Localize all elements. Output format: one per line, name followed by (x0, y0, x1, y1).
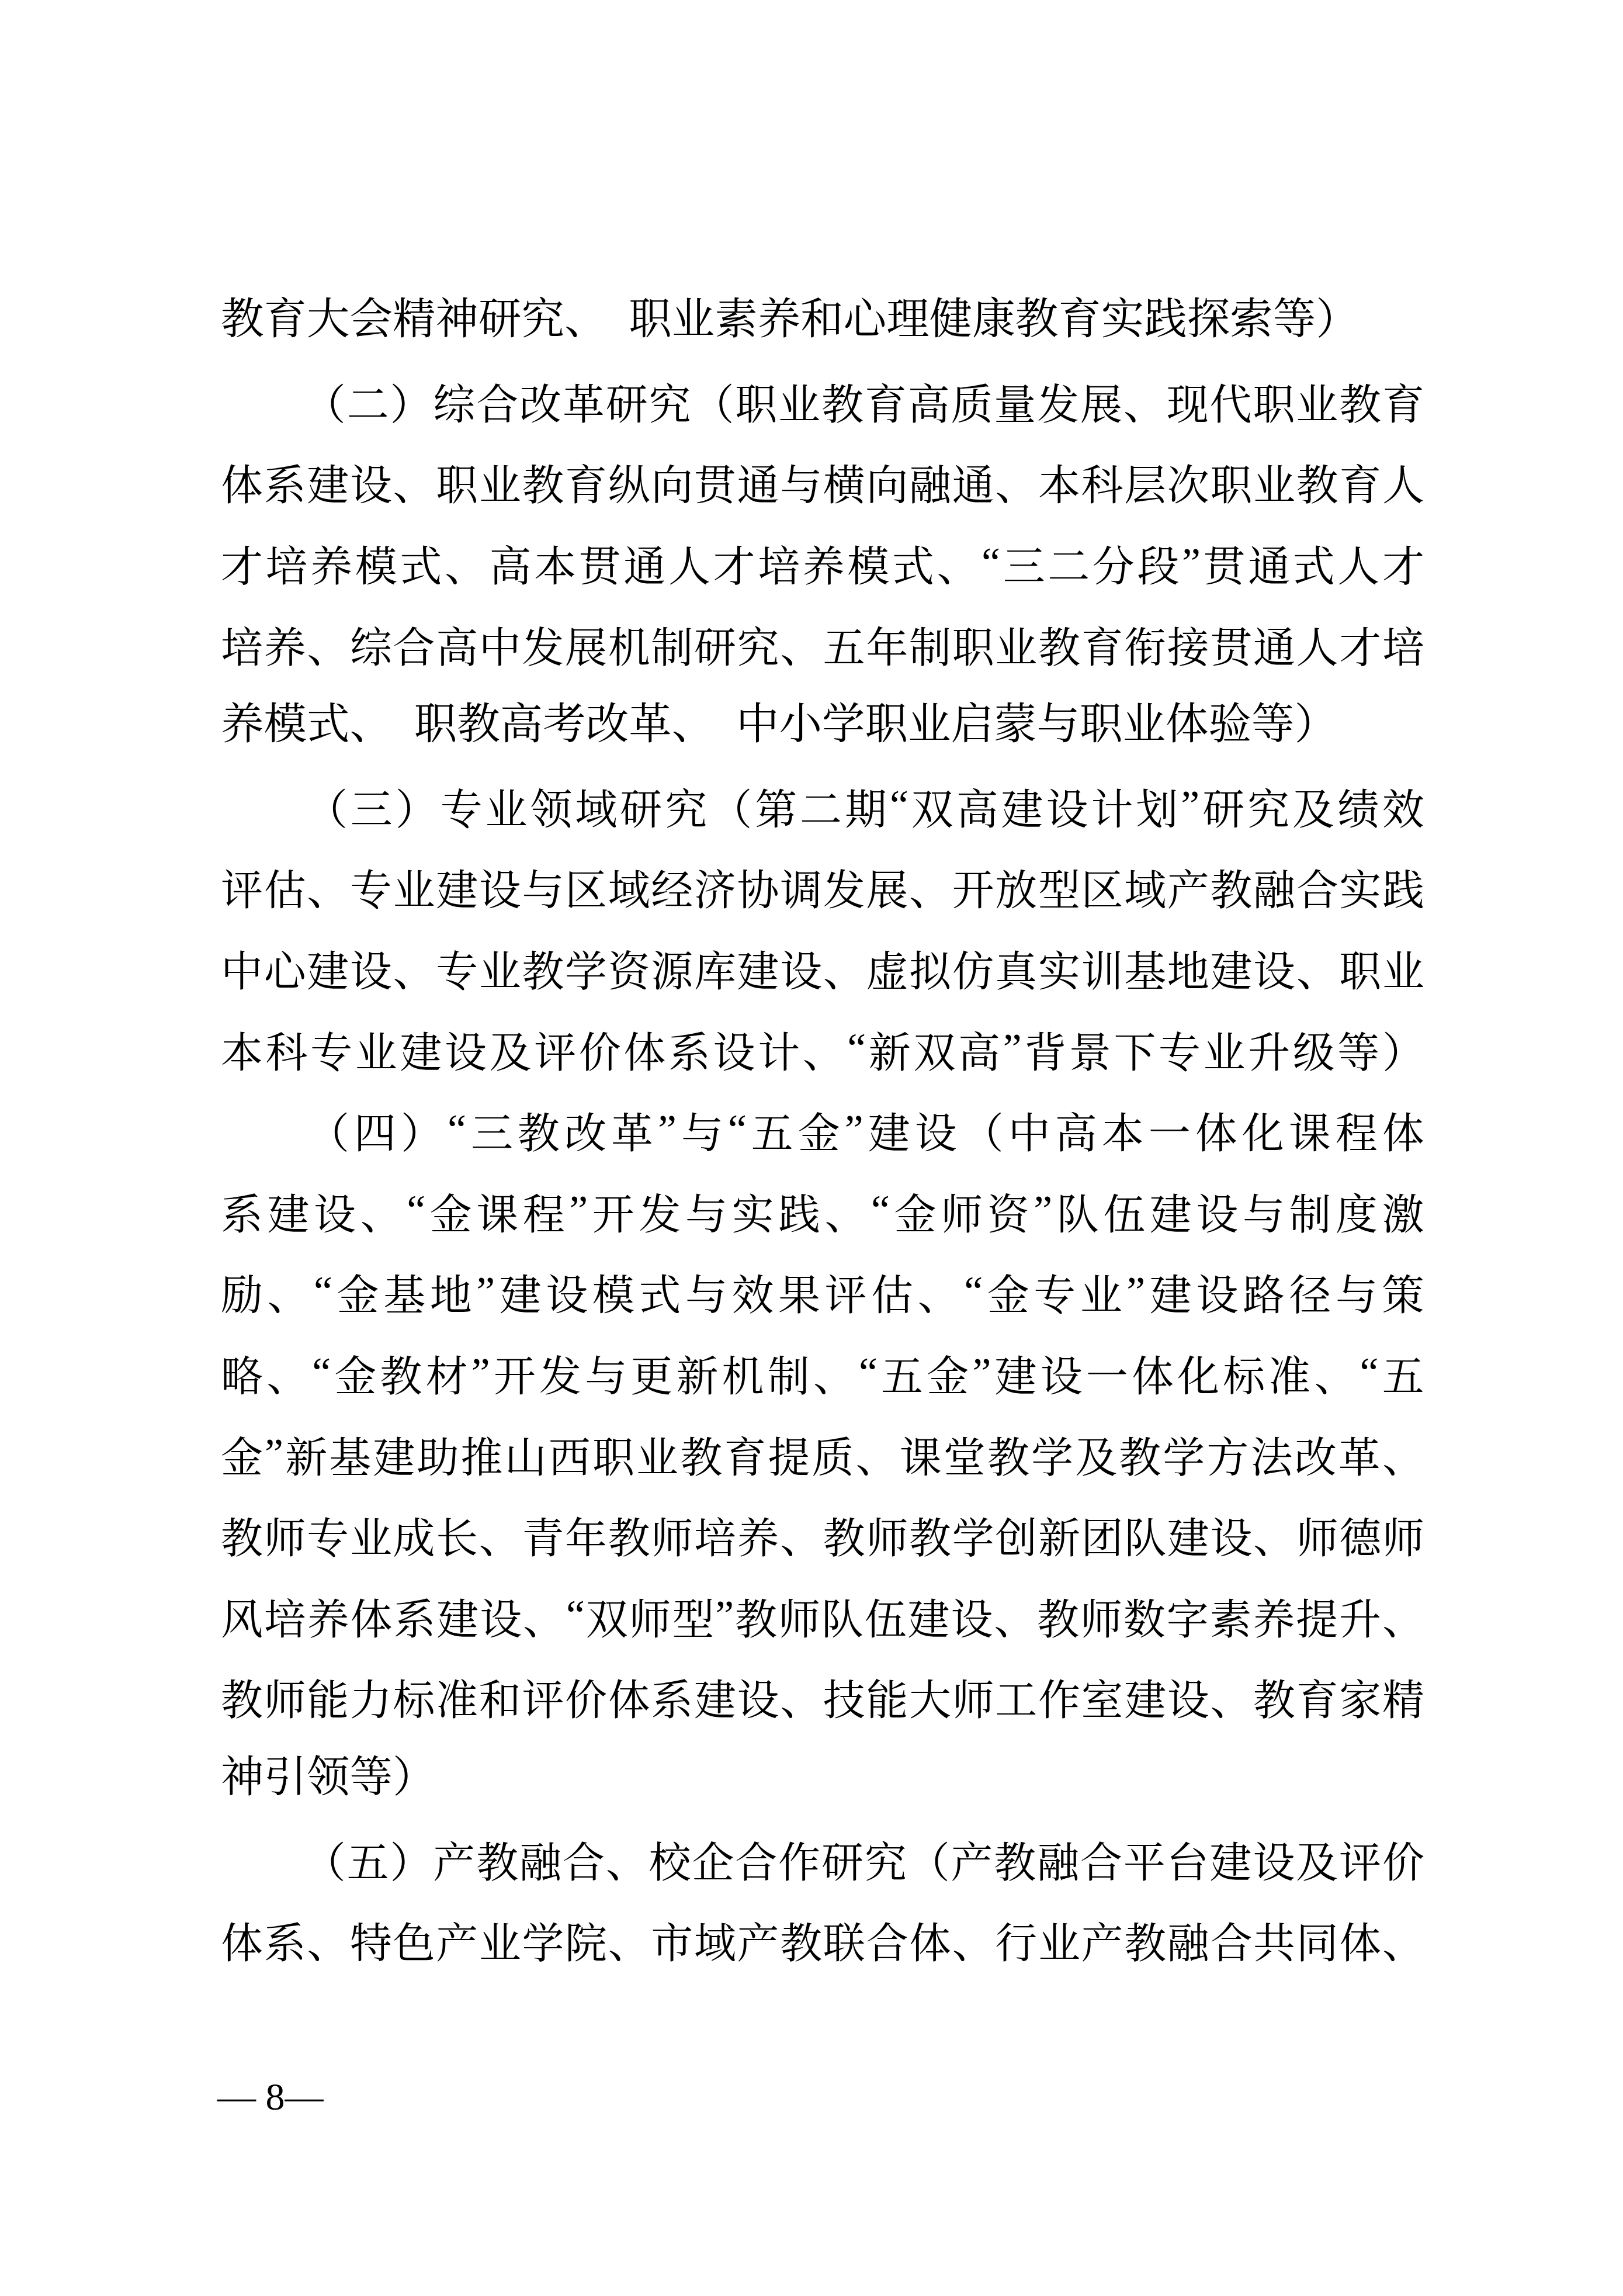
text-line: 系建设、“金课程”开发与实践、“金师资”队伍建设与制度激 (221, 1170, 1424, 1252)
text-line: 风培养体系建设、“双师型”教师队伍建设、教师数字素养提升、 (221, 1575, 1424, 1657)
text-line: 体系建设、职业教育纵向贯通与横向融通、本科层次职业教育人 (221, 441, 1424, 522)
text-line: 养模式、 职教高考改革、 中小学职业启蒙与职业体验等） (221, 684, 1424, 766)
text-line: 略、“金教材”开发与更新机制、“五金”建设一体化标准、“五 (221, 1332, 1424, 1414)
document-page: 教育大会精神研究、 职业素养和心理健康教育实践探索等） （二）综合改革研究（职业… (0, 0, 1623, 2296)
text-line: （三）专业领域研究（第二期“双高建设计划”研究及绩效 (221, 766, 1424, 847)
text-line: 培养、综合高中发展机制研究、五年制职业教育衔接贯通人才培 (221, 603, 1424, 684)
text-line: （二）综合改革研究（职业教育高质量发展、现代职业教育 (221, 361, 1424, 442)
text-line: （四）“三教改革”与“五金”建设（中高本一体化课程体 (221, 1089, 1424, 1170)
text-line: 教师能力标准和评价体系建设、技能大师工作室建设、教育家精 (221, 1656, 1424, 1737)
body-text: 教育大会精神研究、 职业素养和心理健康教育实践探索等） （二）综合改革研究（职业… (221, 279, 1424, 1980)
text-line: 教师专业成长、青年教师培养、教师教学创新团队建设、师德师 (221, 1494, 1424, 1575)
text-line: 教育大会精神研究、 职业素养和心理健康教育实践探索等） (221, 279, 1424, 361)
text-line: （五）产教融合、校企合作研究（产教融合平台建设及评价 (221, 1818, 1424, 1899)
text-line: 金”新基建助推山西职业教育提质、课堂教学及教学方法改革、 (221, 1413, 1424, 1494)
page-number: — 8— (217, 2078, 324, 2117)
text-line: 本科专业建设及评价体系设计、“新双高”背景下专业升级等） (221, 1008, 1424, 1089)
text-line: 评估、专业建设与区域经济协调发展、开放型区域产教融合实践 (221, 846, 1424, 927)
text-line: 体系、特色产业学院、市域产教联合体、行业产教融合共同体、 (221, 1899, 1424, 1980)
text-line: 励、“金基地”建设模式与效果评估、“金专业”建设路径与策 (221, 1251, 1424, 1332)
text-line: 神引领等） (221, 1737, 1424, 1819)
text-line: 中心建设、专业教学资源库建设、虚拟仿真实训基地建设、职业 (221, 927, 1424, 1009)
text-line: 才培养模式、高本贯通人才培养模式、“三二分段”贯通式人才 (221, 522, 1424, 604)
